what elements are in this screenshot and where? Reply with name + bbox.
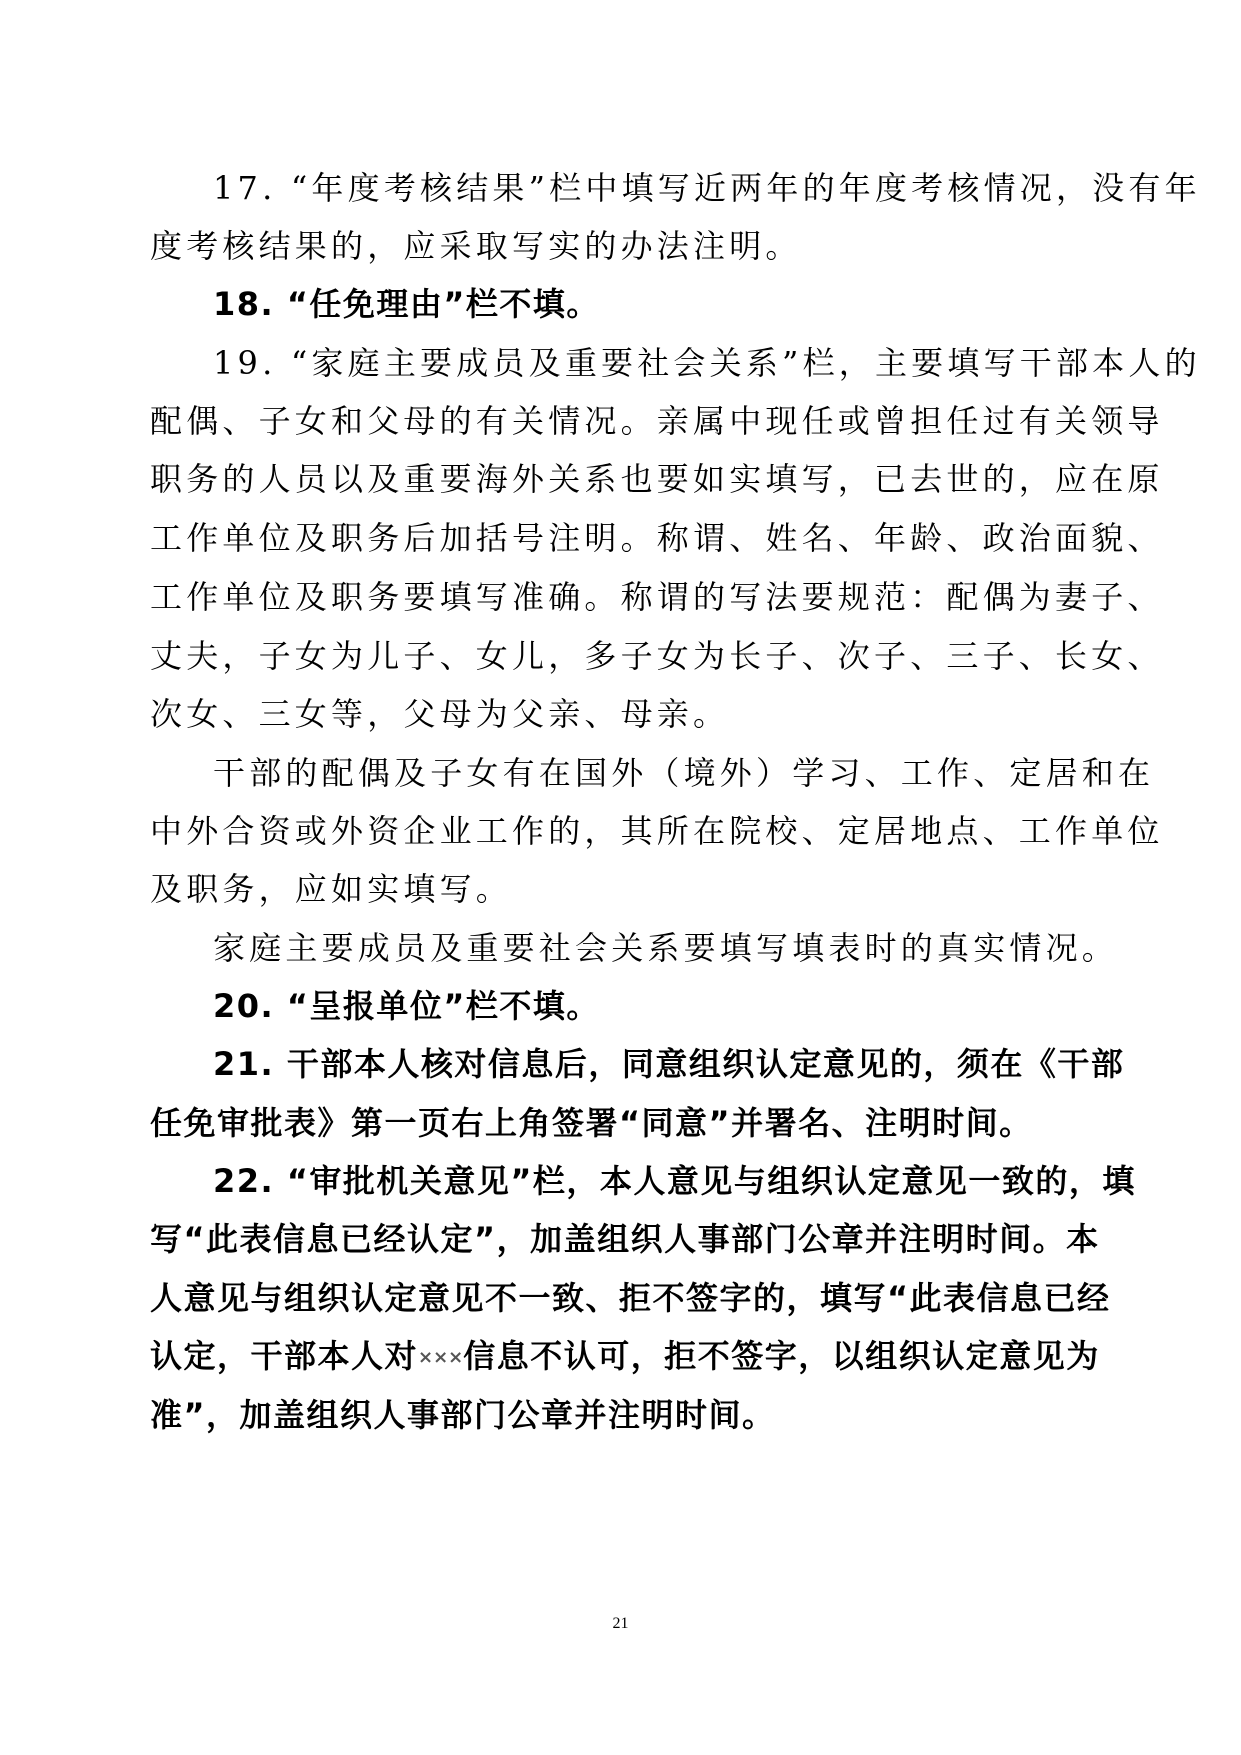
paragraph-line: 认定，干部本人对×××信息不认可，拒不签字，以组织认定意见为	[150, 1336, 1080, 1376]
paragraph-line: 及职务，应如实填写。	[150, 869, 1080, 909]
paragraph-line: 任免审批表》第一页右上角签署“同意”并署名、注明时间。	[150, 1103, 1080, 1143]
paragraph-line: 家庭主要成员及重要社会关系要填写填表时的真实情况。	[213, 928, 1143, 968]
paragraph-line: 21. 干部本人核对信息后，同意组织认定意见的，须在《干部	[213, 1044, 1143, 1084]
paragraph-line: 19. “家庭主要成员及重要社会关系”栏，主要填写干部本人的	[213, 343, 1143, 383]
paragraph-line: 写“此表信息已经认定”，加盖组织人事部门公章并注明时间。本	[150, 1219, 1080, 1259]
placeholder-mark: ×××	[418, 1347, 463, 1368]
paragraph-line: 20. “呈报单位”栏不填。	[213, 986, 1143, 1026]
page-number: 21	[0, 1615, 1241, 1633]
line-text-after: 信息不认可，拒不签字，以组织认定意见为	[463, 1337, 1100, 1375]
paragraph-line: 18. “任免理由”栏不填。	[213, 284, 1143, 324]
paragraph-line: 度考核结果的，应采取写实的办法注明。	[150, 226, 1080, 266]
paragraph-line: 22. “审批机关意见”栏，本人意见与组织认定意见一致的，填	[213, 1161, 1143, 1201]
document-page: 17. “年度考核结果”栏中填写近两年的年度考核情况，没有年 度考核结果的，应采…	[0, 0, 1241, 1755]
paragraph-line: 工作单位及职务要填写准确。称谓的写法要规范：配偶为妻子、	[150, 577, 1080, 617]
paragraph-line: 次女、三女等，父母为父亲、母亲。	[150, 694, 1080, 734]
line-text-before: 认定，干部本人对	[150, 1337, 418, 1375]
paragraph-line: 配偶、子女和父母的有关情况。亲属中现任或曾担任过有关领导	[150, 401, 1080, 441]
paragraph-line: 人意见与组织认定意见不一致、拒不签字的，填写“此表信息已经	[150, 1278, 1080, 1318]
paragraph-line: 丈夫，子女为儿子、女儿，多子女为长子、次子、三子、长女、	[150, 636, 1080, 676]
paragraph-line: 中外合资或外资企业工作的，其所在院校、定居地点、工作单位	[150, 811, 1080, 851]
paragraph-line: 准”，加盖组织人事部门公章并注明时间。	[150, 1395, 1080, 1435]
paragraph-line: 干部的配偶及子女有在国外（境外）学习、工作、定居和在	[213, 753, 1143, 793]
paragraph-line: 工作单位及职务后加括号注明。称谓、姓名、年龄、政治面貌、	[150, 518, 1080, 558]
paragraph-line: 17. “年度考核结果”栏中填写近两年的年度考核情况，没有年	[213, 168, 1143, 208]
paragraph-line: 职务的人员以及重要海外关系也要如实填写，已去世的，应在原	[150, 459, 1080, 499]
